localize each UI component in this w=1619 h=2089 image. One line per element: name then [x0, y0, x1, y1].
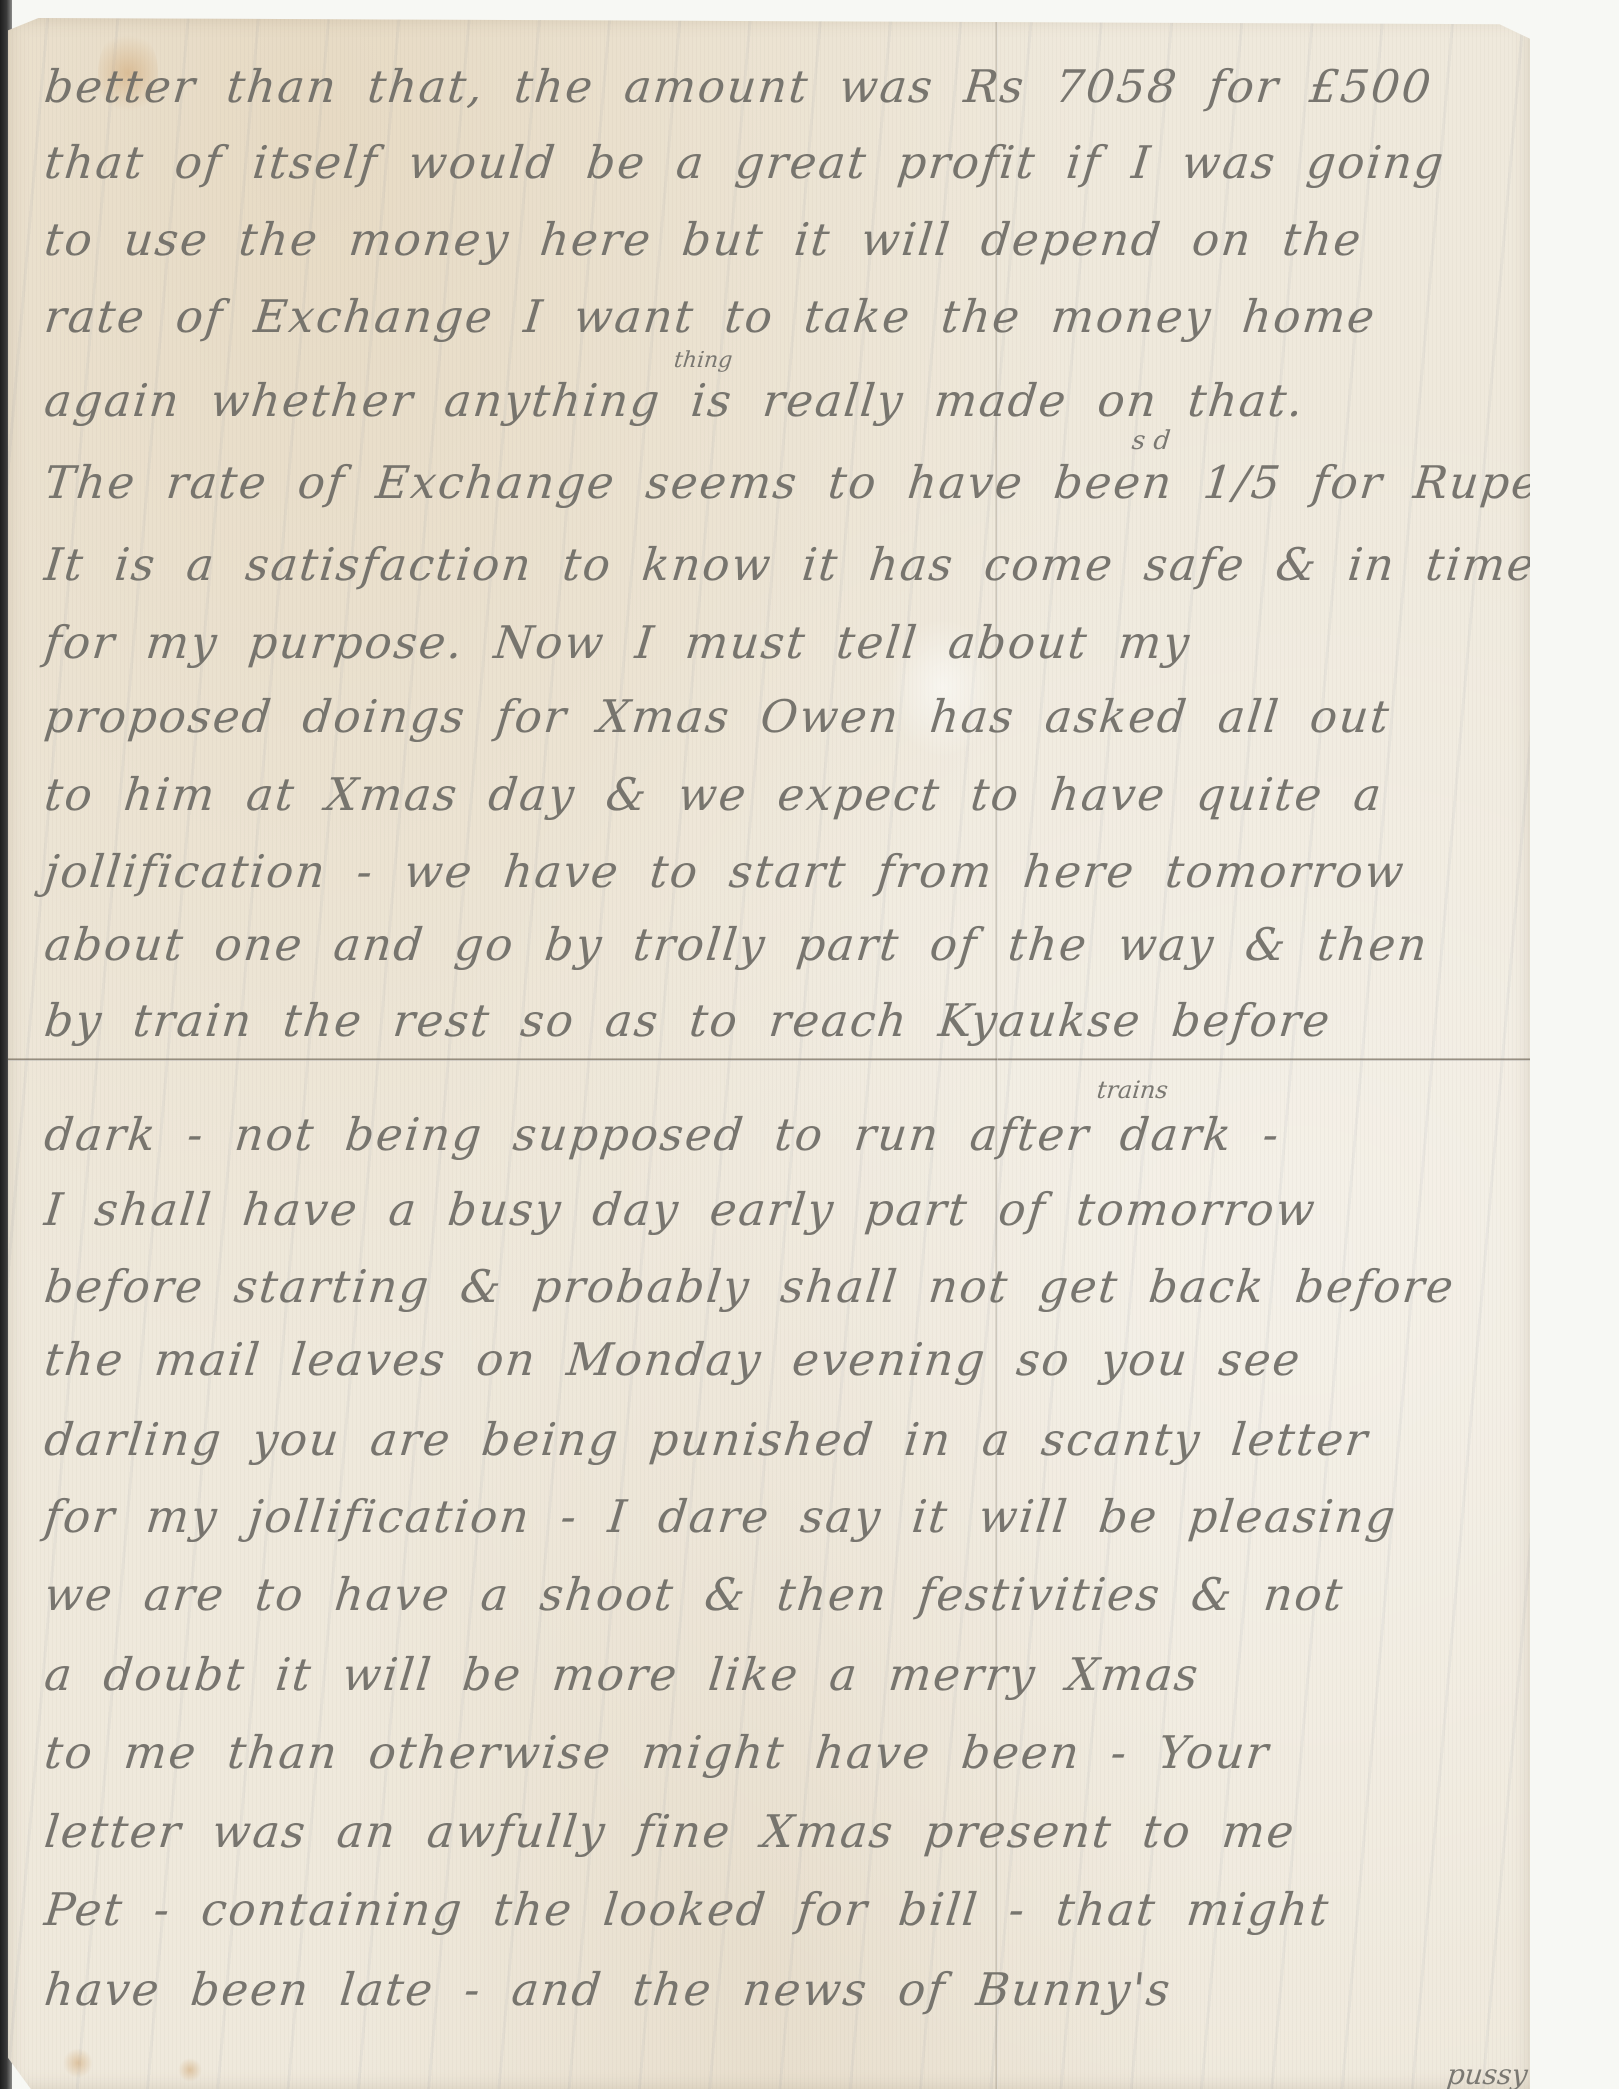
- letter-line: for my jollification - I dare say it wil…: [42, 1490, 1399, 1543]
- letter-line: to me than otherwise might have been - Y…: [42, 1726, 1273, 1779]
- letter-line: I shall have a busy day early part of to…: [42, 1183, 1319, 1236]
- letter-line: the mail leaves on Monday evening so you…: [42, 1333, 1304, 1386]
- interlinear-insert-thing: thing: [673, 348, 734, 373]
- superscript-currency-annotation: s d: [1130, 426, 1171, 456]
- letter-line: that of itself would be a great profit i…: [42, 136, 1448, 189]
- letter-line: again whether anything is really made on…: [42, 374, 1307, 427]
- letter-line: rate of Exchange I want to take the mone…: [42, 290, 1379, 343]
- letter-line: about one and go by trolly part of the w…: [42, 918, 1431, 971]
- letter-line: to him at Xmas day & we expect to have q…: [42, 768, 1385, 821]
- letter-line: letter was an awfully fine Xmas present …: [42, 1805, 1298, 1858]
- catchword: pussy: [1445, 2058, 1529, 2089]
- letter-line: proposed doings for Xmas Owen has asked …: [42, 690, 1393, 743]
- letter-line: It is a satisfaction to know it has come…: [42, 538, 1539, 591]
- letter-line: better than that, the amount was Rs 7058…: [42, 60, 1435, 113]
- letter-line: The rate of Exchange seems to have been …: [42, 456, 1588, 509]
- letter-line: have been late - and the news of Bunny's: [42, 1963, 1174, 2016]
- letter-line: jollification - we have to start from he…: [42, 845, 1408, 898]
- letter-line: to use the money here but it will depend…: [42, 213, 1365, 266]
- letter-line: dark - not being supposed to run after d…: [42, 1108, 1283, 1161]
- horizontal-fold-crease: [8, 1058, 1530, 1061]
- letter-line: by train the rest so as to reach Kyaukse…: [42, 994, 1334, 1047]
- foxing-stain: [63, 2048, 93, 2078]
- foxing-stain: [178, 2058, 202, 2082]
- letter-page: better than that, the amount was Rs 7058…: [8, 18, 1530, 2089]
- letter-line: darling you are being punished in a scan…: [42, 1413, 1372, 1466]
- letter-line: Pet - containing the looked for bill - t…: [42, 1883, 1333, 1936]
- letter-line: for my purpose. Now I must tell about my: [42, 616, 1194, 669]
- interlinear-insert-trains: trains: [1096, 1076, 1170, 1104]
- letter-line: before starting & probably shall not get…: [42, 1260, 1458, 1313]
- letter-line: a doubt it will be more like a merry Xma…: [42, 1648, 1202, 1701]
- letter-line: we are to have a shoot & then festivitie…: [42, 1568, 1347, 1621]
